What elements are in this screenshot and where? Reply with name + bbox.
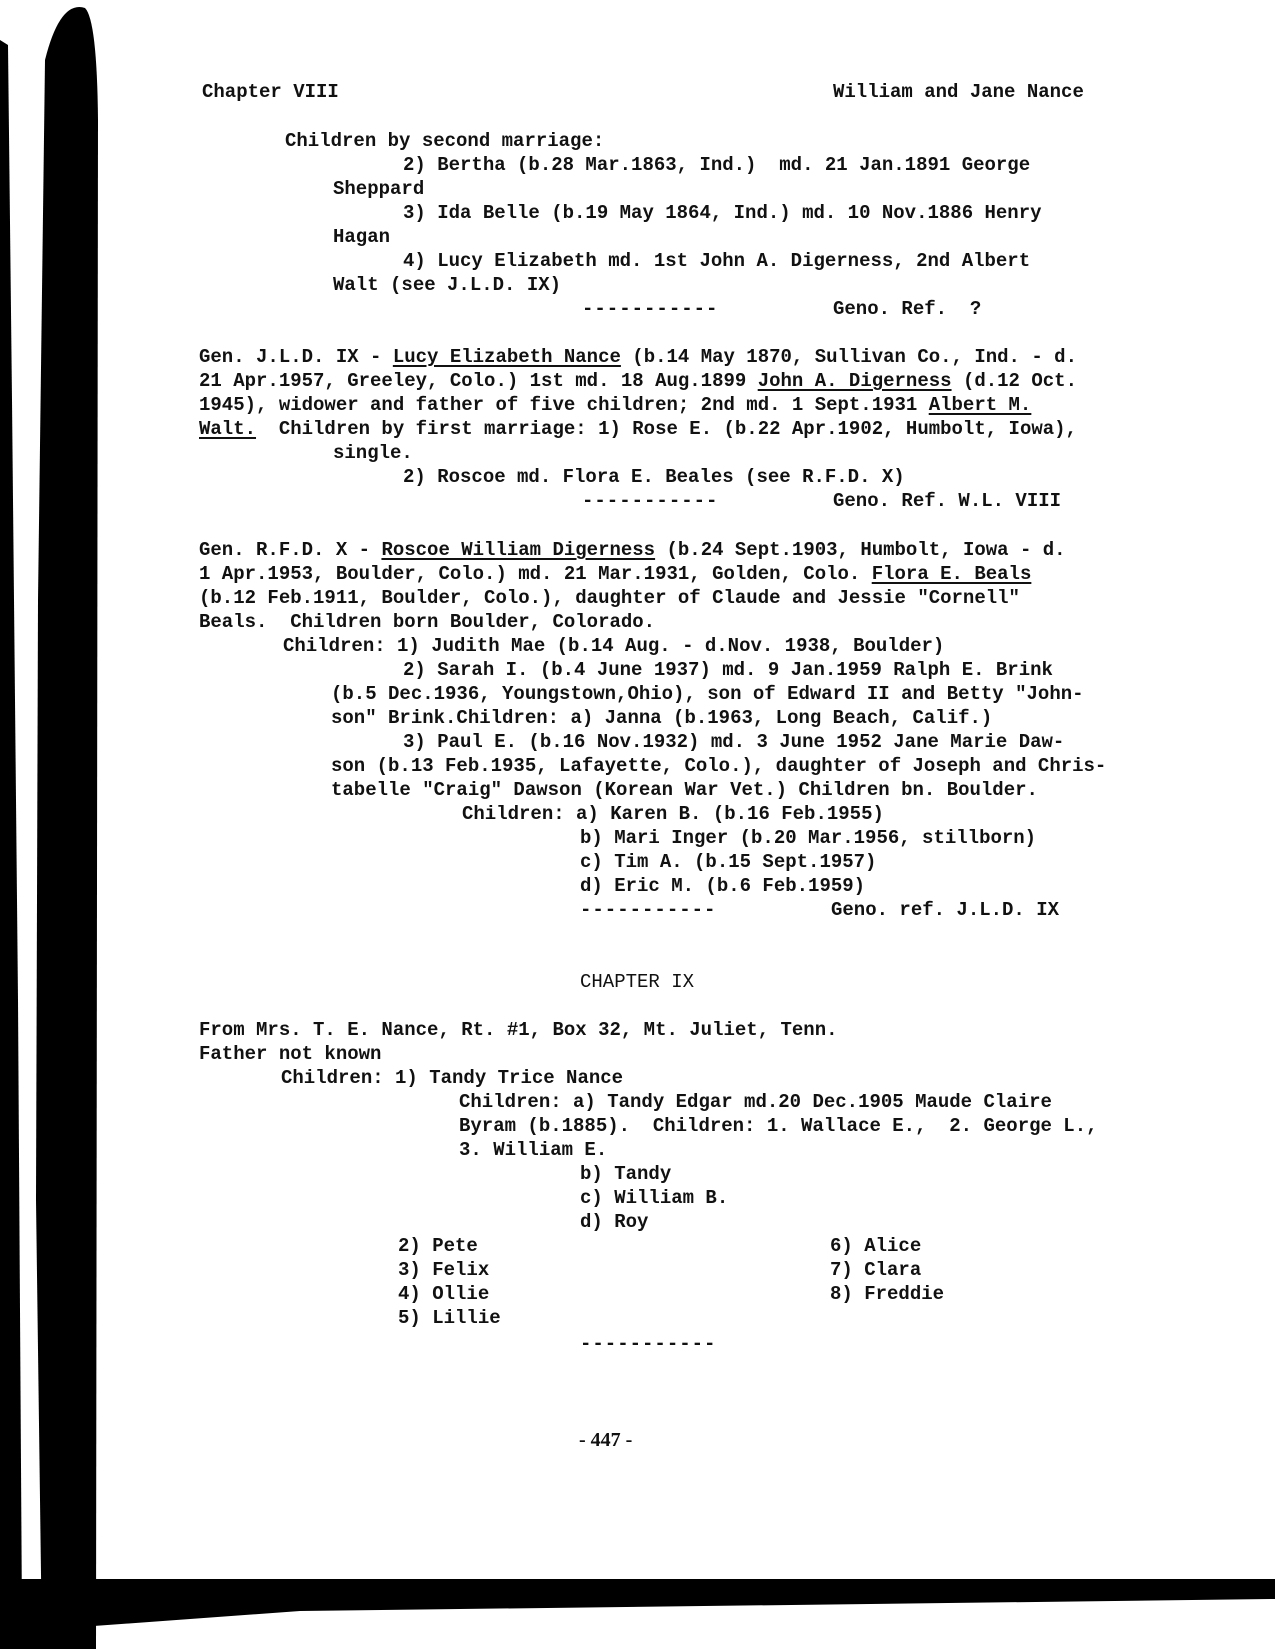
grandchild-entry: b) Tandy	[580, 1162, 671, 1186]
section-separator: -----------	[582, 489, 718, 513]
entry-line: (b.12 Feb.1911, Boulder, Colo.), daughte…	[199, 586, 1020, 610]
scan-bottom-shadow	[0, 1579, 1275, 1649]
spouse-name: Albert M.	[929, 394, 1032, 416]
child-entry-cont: tabelle "Craig" Dawson (Korean War Vet.)…	[331, 778, 1038, 802]
grandchild-entry: d) Roy	[580, 1210, 648, 1234]
person-name: Lucy Elizabeth Nance	[393, 346, 621, 368]
children-line: Children: 1) Tandy Trice Nance	[281, 1066, 623, 1090]
entry-text: 1 Apr.1953, Boulder, Colo.) md. 21 Mar.1…	[199, 563, 872, 585]
section-intro: Children by second marriage:	[285, 129, 604, 153]
child-entry: 2) Roscoe md. Flora E. Beales (see R.F.D…	[403, 465, 905, 489]
child-entry: 4) Ollie	[398, 1282, 489, 1306]
section-separator: -----------	[580, 898, 716, 922]
entry-line: 1 Apr.1953, Boulder, Colo.) md. 21 Mar.1…	[199, 562, 1031, 586]
geno-ref: Geno. ref. J.L.D. IX	[831, 898, 1059, 922]
gen-prefix: Gen. R.F.D. X -	[199, 539, 381, 561]
child-entry-cont: son (b.13 Feb.1935, Lafayette, Colo.), d…	[331, 754, 1106, 778]
entry-line: Beals. Children born Boulder, Colorado.	[199, 610, 655, 634]
entry-line: single.	[333, 441, 413, 465]
child-entry: 3) Ida Belle (b.19 May 1864, Ind.) md. 1…	[403, 201, 1042, 225]
child-entry: 8) Freddie	[830, 1282, 944, 1306]
grandchild-entry-cont: Byram (b.1885). Children: 1. Wallace E.,…	[459, 1114, 1098, 1138]
children-line: Children: 1) Judith Mae (b.14 Aug. - d.N…	[283, 634, 944, 658]
entry-text: 21 Apr.1957, Greeley, Colo.) 1st md. 18 …	[199, 370, 758, 392]
running-header-chapter: Chapter VIII	[202, 80, 339, 104]
scan-binding-shadow	[0, 0, 100, 1649]
grandchild-entry: c) Tim A. (b.15 Sept.1957)	[580, 850, 876, 874]
grandchild-entry: b) Mari Inger (b.20 Mar.1956, stillborn)	[580, 826, 1036, 850]
source-line: From Mrs. T. E. Nance, Rt. #1, Box 32, M…	[199, 1018, 838, 1042]
entry-text: (b.24 Sept.1903, Humbolt, Iowa - d.	[655, 539, 1065, 561]
page-number: - 447 -	[579, 1428, 632, 1452]
grandchild-entry: d) Eric M. (b.6 Feb.1959)	[580, 874, 865, 898]
grandchild-entry: Children: a) Tandy Edgar md.20 Dec.1905 …	[459, 1090, 1052, 1114]
child-entry-cont: Sheppard	[333, 177, 424, 201]
spouse-name: Flora E. Beals	[872, 563, 1032, 585]
grandchild-entry: c) William B.	[580, 1186, 728, 1210]
geno-ref: Geno. Ref. ?	[833, 297, 981, 321]
chapter-heading: CHAPTER IX	[580, 970, 694, 994]
geno-ref: Geno. Ref. W.L. VIII	[833, 489, 1061, 513]
section-separator: -----------	[582, 297, 718, 321]
entry-line: Gen. J.L.D. IX - Lucy Elizabeth Nance (b…	[199, 345, 1077, 369]
child-entry: 2) Sarah I. (b.4 June 1937) md. 9 Jan.19…	[403, 658, 1053, 682]
child-entry-cont: Hagan	[333, 225, 390, 249]
father-line: Father not known	[199, 1042, 381, 1066]
person-name: Roscoe William Digerness	[381, 539, 655, 561]
child-entry: 6) Alice	[830, 1234, 921, 1258]
entry-line: Walt. Children by first marriage: 1) Ros…	[199, 417, 1077, 441]
child-entry: 3) Felix	[398, 1258, 489, 1282]
entry-text: (b.14 May 1870, Sullivan Co., Ind. - d.	[621, 346, 1077, 368]
grandchild-entry-cont: 3. William E.	[459, 1138, 607, 1162]
child-entry-cont: (b.5 Dec.1936, Youngstown,Ohio), son of …	[331, 682, 1084, 706]
child-entry: 4) Lucy Elizabeth md. 1st John A. Digern…	[403, 249, 1030, 273]
child-entry-cont: Walt (see J.L.D. IX)	[333, 273, 561, 297]
spouse-name: Walt.	[199, 418, 256, 440]
child-entry: 2) Bertha (b.28 Mar.1863, Ind.) md. 21 J…	[403, 153, 1030, 177]
grandchild-entry: Children: a) Karen B. (b.16 Feb.1955)	[462, 802, 884, 826]
section-separator: -----------	[580, 1332, 716, 1356]
child-entry: 7) Clara	[830, 1258, 921, 1282]
entry-text: 1945), widower and father of five childr…	[199, 394, 929, 416]
child-entry: 5) Lillie	[398, 1306, 501, 1330]
child-entry-cont: son" Brink.Children: a) Janna (b.1963, L…	[331, 706, 992, 730]
child-entry: 2) Pete	[398, 1234, 478, 1258]
running-header-title: William and Jane Nance	[833, 80, 1084, 104]
entry-text: Children by first marriage: 1) Rose E. (…	[256, 418, 1077, 440]
gen-prefix: Gen. J.L.D. IX -	[199, 346, 393, 368]
child-entry: 3) Paul E. (b.16 Nov.1932) md. 3 June 19…	[403, 730, 1064, 754]
entry-line: 21 Apr.1957, Greeley, Colo.) 1st md. 18 …	[199, 369, 1077, 393]
entry-line: Gen. R.F.D. X - Roscoe William Digerness…	[199, 538, 1066, 562]
entry-line: 1945), widower and father of five childr…	[199, 393, 1031, 417]
spouse-name: John A. Digerness	[758, 370, 952, 392]
entry-text: (d.12 Oct.	[952, 370, 1077, 392]
